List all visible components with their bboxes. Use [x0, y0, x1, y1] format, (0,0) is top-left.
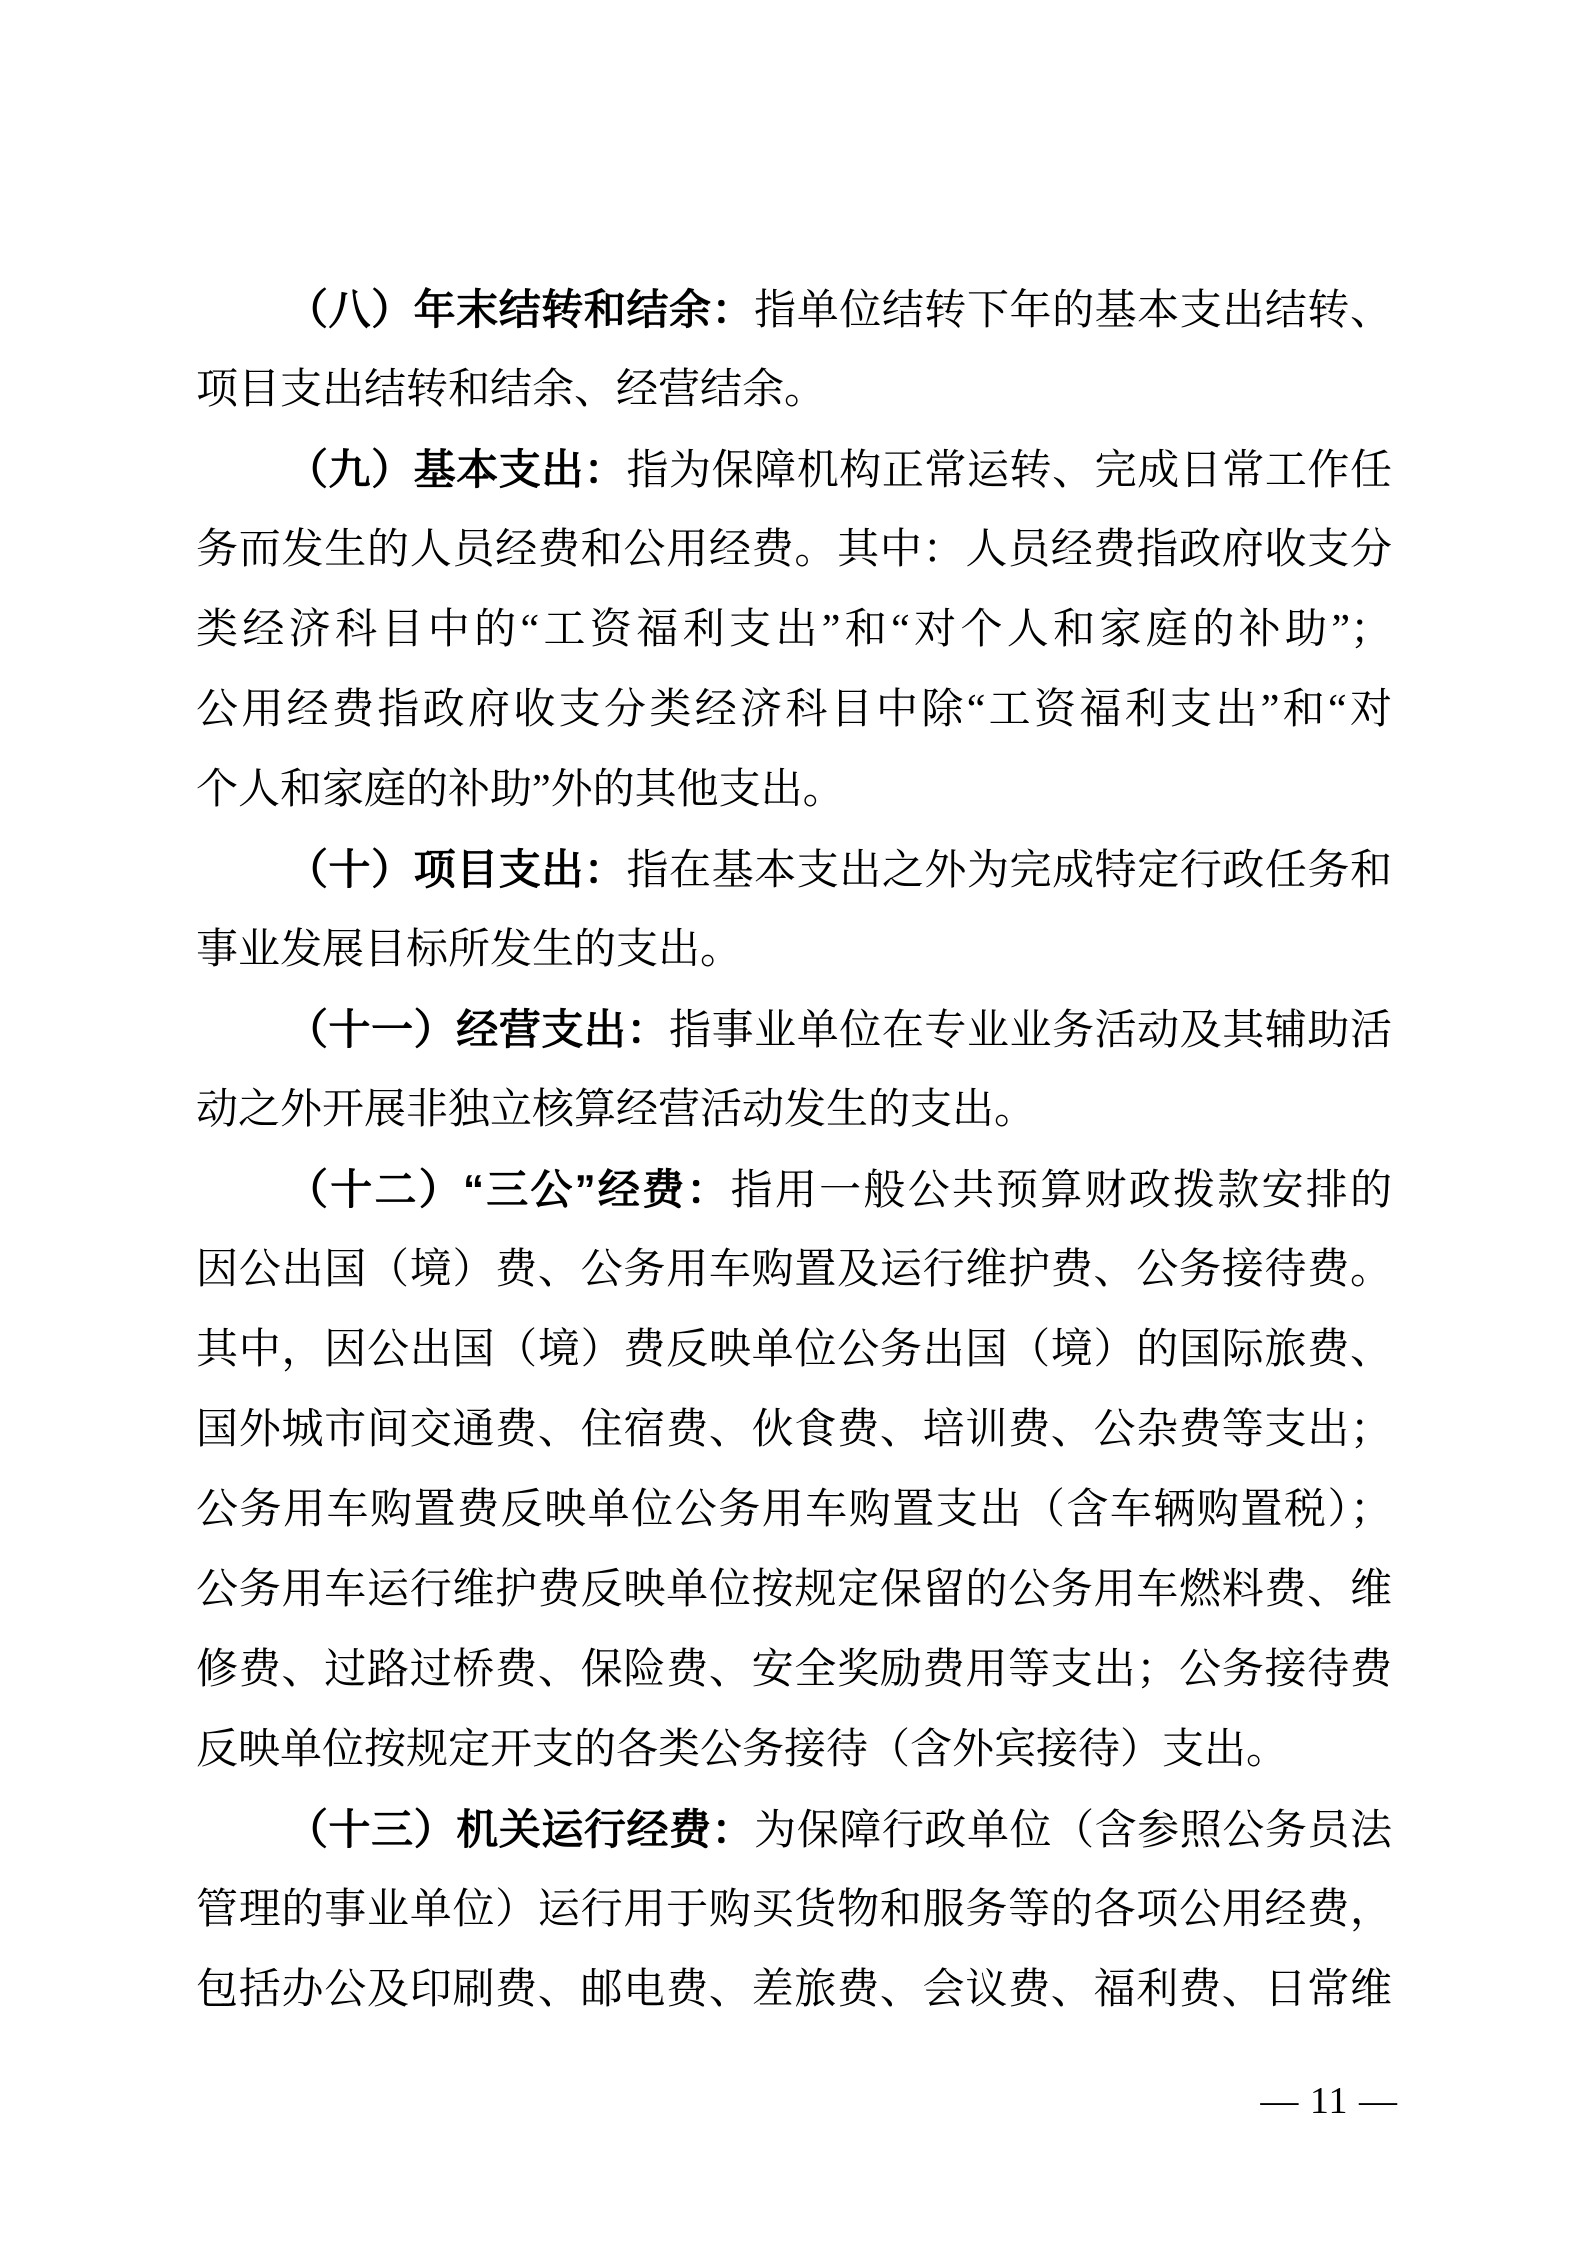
line-text: 指为保障机构正常运转、完成日常工作任 — [626, 448, 1392, 494]
text-line: （九）基本支出：指为保障机构正常运转、完成日常工作任 — [196, 430, 1392, 510]
line-text: 指单位结转下年的基本支出结转、 — [754, 288, 1392, 334]
text-line: （十）项目支出：指在基本支出之外为完成特定行政任务和 — [196, 830, 1392, 910]
term-label: （八）年末结转和结余： — [286, 286, 754, 333]
line-text: 个人和家庭的补助”外的其他支出。 — [196, 767, 845, 813]
text-line: 包括办公及印刷费、邮电费、差旅费、会议费、福利费、日常维 — [196, 1950, 1392, 2030]
line-text: 其中，因公出国（境）费反映单位公务出国（境）的国际旅费、 — [196, 1327, 1392, 1373]
line-text: 因公出国（境）费、公务用车购置及运行维护费、公务接待费。 — [196, 1247, 1392, 1293]
document-body: （八）年末结转和结余：指单位结转下年的基本支出结转、 项目支出结转和结余、经营结… — [196, 270, 1392, 2030]
text-line: 公务用车购置费反映单位公务用车购置支出（含车辆购置税）； — [196, 1470, 1392, 1550]
text-line: 公务用车运行维护费反映单位按规定保留的公务用车燃料费、维 — [196, 1550, 1392, 1630]
term-label: （九）基本支出： — [286, 446, 626, 493]
line-text: 指在基本支出之外为完成特定行政任务和 — [626, 848, 1392, 894]
text-line: 事业发展目标所发生的支出。 — [196, 910, 1392, 990]
line-text: 反映单位按规定开支的各类公务接待（含外宾接待）支出。 — [196, 1727, 1288, 1773]
text-line: 务而发生的人员经费和公用经费。其中：人员经费指政府收支分 — [196, 510, 1392, 590]
line-text: 管理的事业单位）运行用于购买货物和服务等的各项公用经费， — [196, 1887, 1392, 1933]
line-text: 公务用车购置费反映单位公务用车购置支出（含车辆购置税）； — [196, 1487, 1392, 1533]
term-label: （十）项目支出： — [286, 846, 626, 893]
text-line: 类经济科目中的“工资福利支出”和“对个人和家庭的补助”； — [196, 590, 1392, 670]
line-text: 为保障行政单位（含参照公务员法 — [754, 1808, 1392, 1854]
line-text: 公用经费指政府收支分类经济科目中除“工资福利支出”和“对 — [196, 687, 1392, 733]
line-text: 动之外开展非独立核算经营活动发生的支出。 — [196, 1087, 1036, 1133]
term-label: （十三）机关运行经费： — [286, 1806, 754, 1853]
term-label: （十二）“三公”经费： — [286, 1166, 731, 1213]
text-line: 因公出国（境）费、公务用车购置及运行维护费、公务接待费。 — [196, 1230, 1392, 1310]
line-text: 务而发生的人员经费和公用经费。其中：人员经费指政府收支分 — [196, 527, 1392, 573]
text-line: 动之外开展非独立核算经营活动发生的支出。 — [196, 1070, 1392, 1150]
text-line: （十三）机关运行经费：为保障行政单位（含参照公务员法 — [196, 1790, 1392, 1870]
text-line: 修费、过路过桥费、保险费、安全奖励费用等支出；公务接待费 — [196, 1630, 1392, 1710]
text-line: 其中，因公出国（境）费反映单位公务出国（境）的国际旅费、 — [196, 1310, 1392, 1390]
text-line: 反映单位按规定开支的各类公务接待（含外宾接待）支出。 — [196, 1710, 1392, 1790]
line-text: 国外城市间交通费、住宿费、伙食费、培训费、公杂费等支出； — [196, 1407, 1392, 1453]
line-text: 项目支出结转和结余、经营结余。 — [196, 367, 826, 413]
text-line: （八）年末结转和结余：指单位结转下年的基本支出结转、 — [196, 270, 1392, 350]
page-number: — 11 — — [1260, 2080, 1398, 2122]
text-line: 个人和家庭的补助”外的其他支出。 — [196, 750, 1392, 830]
document-page: （八）年末结转和结余：指单位结转下年的基本支出结转、 项目支出结转和结余、经营结… — [0, 0, 1588, 2245]
term-label: （十一）经营支出： — [286, 1006, 669, 1053]
line-text: 指事业单位在专业业务活动及其辅助活 — [669, 1008, 1392, 1054]
text-line: 公用经费指政府收支分类经济科目中除“工资福利支出”和“对 — [196, 670, 1392, 750]
line-text: 修费、过路过桥费、保险费、安全奖励费用等支出；公务接待费 — [196, 1647, 1392, 1693]
line-text: 公务用车运行维护费反映单位按规定保留的公务用车燃料费、维 — [196, 1567, 1392, 1613]
text-line: （十一）经营支出：指事业单位在专业业务活动及其辅助活 — [196, 990, 1392, 1070]
text-line: （十二）“三公”经费：指用一般公共预算财政拨款安排的 — [196, 1150, 1392, 1230]
line-text: 指用一般公共预算财政拨款安排的 — [731, 1168, 1392, 1214]
text-line: 国外城市间交通费、住宿费、伙食费、培训费、公杂费等支出； — [196, 1390, 1392, 1470]
line-text: 包括办公及印刷费、邮电费、差旅费、会议费、福利费、日常维 — [196, 1967, 1392, 2013]
line-text: 类经济科目中的“工资福利支出”和“对个人和家庭的补助”； — [196, 607, 1392, 653]
text-line: 项目支出结转和结余、经营结余。 — [196, 350, 1392, 430]
line-text: 事业发展目标所发生的支出。 — [196, 927, 742, 973]
text-line: 管理的事业单位）运行用于购买货物和服务等的各项公用经费， — [196, 1870, 1392, 1950]
